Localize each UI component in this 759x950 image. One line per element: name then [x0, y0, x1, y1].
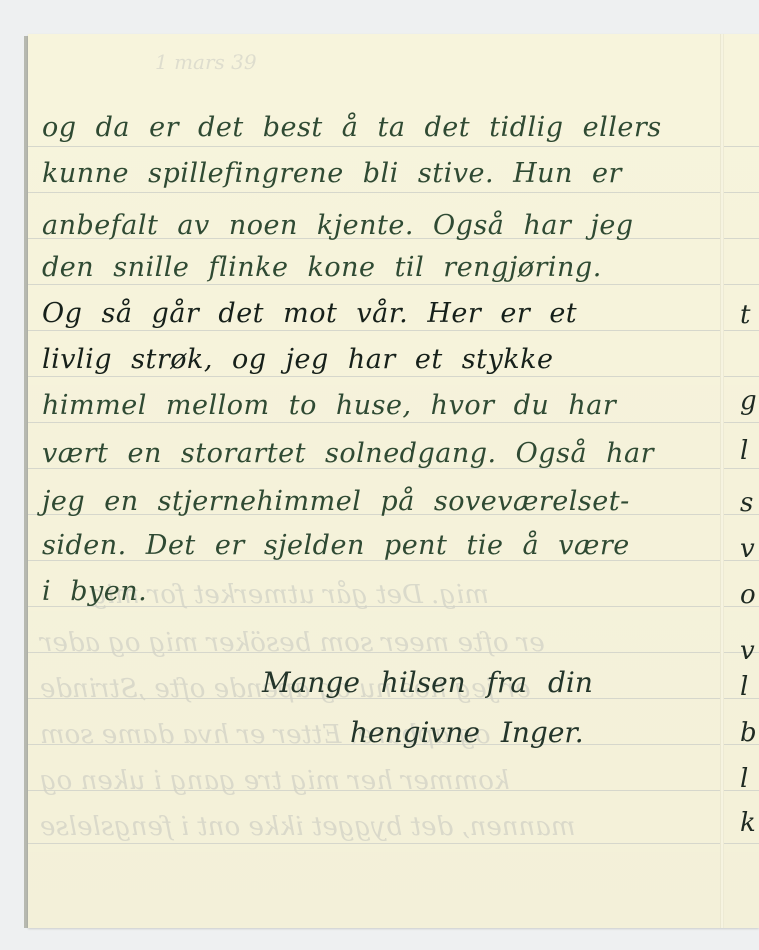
- scanned-letter: 1 mars 39 mig. Det går utmerket for mig …: [0, 0, 759, 950]
- right-page-fragment: b: [740, 718, 757, 748]
- signature: hengivne Inger.: [350, 716, 584, 749]
- right-page-fragment: o: [740, 580, 756, 610]
- right-page-fragment: s: [740, 488, 753, 518]
- bleed-through-line: kommer her mig tre gang i uken og: [40, 766, 510, 796]
- faint-date-note: 1 mars 39: [155, 50, 257, 74]
- right-page-fragment: v: [740, 636, 755, 666]
- letter-line: og da er det best å ta det tidlig ellers: [42, 112, 662, 143]
- ruled-line: [28, 284, 759, 285]
- letter-line: siden. Det er sjelden pent tie å være: [42, 530, 630, 561]
- letter-line: himmel mellom to huse, hvor du har: [42, 390, 616, 421]
- ruled-line: [28, 330, 759, 331]
- letter-line: i byen.: [42, 576, 147, 607]
- ruled-line: [28, 192, 759, 193]
- bleed-through-line: mannen, det bygget ikke ont i fengslelse: [40, 812, 575, 842]
- letter-line: kunne spillefingrene bli stive. Hun er: [42, 158, 622, 189]
- bleed-through-line: mig. Det går utmerket for mig: [90, 580, 489, 610]
- right-page-fragment: l: [740, 672, 748, 702]
- letter-line: den snille flinke kone til rengjøring.: [42, 252, 602, 283]
- letter-line: livlig strøk, og jeg har et stykke: [42, 344, 553, 375]
- right-page-fragment: g: [740, 386, 757, 416]
- right-page-fragment: t: [740, 300, 750, 330]
- right-page-fragment: l: [740, 436, 748, 466]
- ruled-line: [28, 422, 759, 423]
- ruled-line: [28, 376, 759, 377]
- right-page-fragment: v: [740, 534, 755, 564]
- paper-fold: [720, 34, 724, 928]
- right-page-fragment: l: [740, 764, 748, 794]
- right-page-fragment: k: [740, 808, 756, 838]
- ruled-line: [28, 843, 759, 844]
- letter-line: jeg en stjernehimmel på soveværelset-: [42, 486, 630, 517]
- letter-line: Og så går det mot vår. Her er et: [42, 298, 577, 329]
- closing-greeting: Mange hilsen fra din: [262, 666, 593, 699]
- letter-line: vært en storartet solnedgang. Også har: [42, 438, 654, 469]
- bleed-through-line: er ofte meer som besöker mig og ader: [40, 628, 545, 658]
- letter-line: anbefalt av noen kjente. Også har jeg: [42, 210, 634, 241]
- ruled-line: [28, 146, 759, 147]
